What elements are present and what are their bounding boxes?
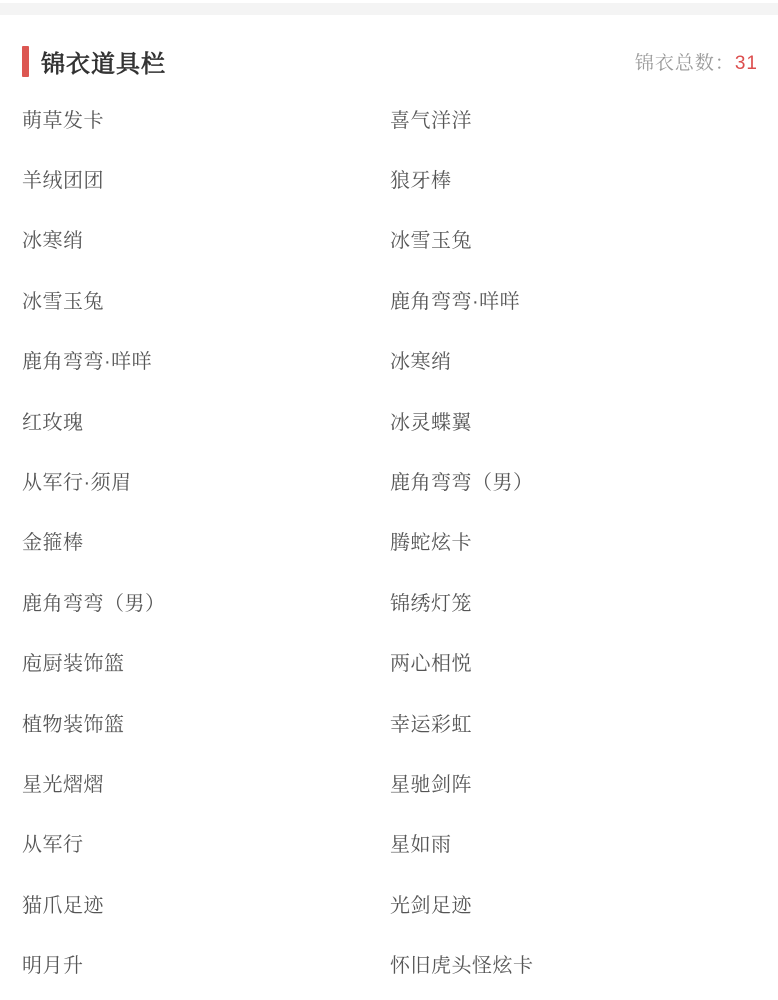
total-count: 锦衣总数：31 bbox=[635, 48, 758, 75]
list-item: 狼牙棒 bbox=[390, 148, 758, 208]
list-item: 萌草发卡 bbox=[22, 88, 390, 148]
list-item: 金箍棒 bbox=[22, 511, 390, 571]
list-item: 冰寒绡 bbox=[390, 330, 758, 390]
list-item: 从军行·须眉 bbox=[22, 450, 390, 510]
list-item: 星驰剑阵 bbox=[390, 752, 758, 812]
list-item: 植物装饰篮 bbox=[22, 692, 390, 752]
total-count-value: 31 bbox=[735, 53, 758, 74]
list-item: 鹿角弯弯（男） bbox=[22, 571, 390, 631]
list-item: 明月升 bbox=[22, 933, 390, 993]
list-item: 冰灵蝶翼 bbox=[390, 390, 758, 450]
list-item: 从军行 bbox=[22, 813, 390, 873]
list-item: 光剑足迹 bbox=[390, 873, 758, 933]
list-item: 庖厨装饰篮 bbox=[22, 632, 390, 692]
total-count-label: 锦衣总数： bbox=[635, 53, 735, 74]
section-header: 锦衣道具栏 锦衣总数：31 bbox=[0, 42, 778, 80]
list-item: 腾蛇炫卡 bbox=[390, 511, 758, 571]
list-item: 星如雨 bbox=[390, 813, 758, 873]
page-title: 锦衣道具栏 bbox=[41, 44, 166, 79]
list-item: 猫爪足迹 bbox=[22, 873, 390, 933]
list-item: 鹿角弯弯·咩咩 bbox=[390, 269, 758, 329]
list-item: 冰寒绡 bbox=[22, 209, 390, 269]
list-item: 羊绒团团 bbox=[22, 148, 390, 208]
title-group: 锦衣道具栏 bbox=[22, 44, 166, 79]
list-item: 喜气洋洋 bbox=[390, 88, 758, 148]
list-item: 两心相悦 bbox=[390, 632, 758, 692]
top-divider-band bbox=[0, 3, 778, 15]
list-item: 冰雪玉兔 bbox=[22, 269, 390, 329]
title-accent-bar bbox=[22, 46, 29, 77]
list-item: 锦绣灯笼 bbox=[390, 571, 758, 631]
list-item: 星光熠熠 bbox=[22, 752, 390, 812]
list-item: 红玫瑰 bbox=[22, 390, 390, 450]
list-item: 冰雪玉兔 bbox=[390, 209, 758, 269]
fashion-item-list: 萌草发卡喜气洋洋羊绒团团狼牙棒冰寒绡冰雪玉兔冰雪玉兔鹿角弯弯·咩咩鹿角弯弯·咩咩… bbox=[0, 88, 778, 994]
list-item: 鹿角弯弯（男） bbox=[390, 450, 758, 510]
list-item: 幸运彩虹 bbox=[390, 692, 758, 752]
list-item: 怀旧虎头怪炫卡 bbox=[390, 933, 758, 993]
list-item: 鹿角弯弯·咩咩 bbox=[22, 330, 390, 390]
